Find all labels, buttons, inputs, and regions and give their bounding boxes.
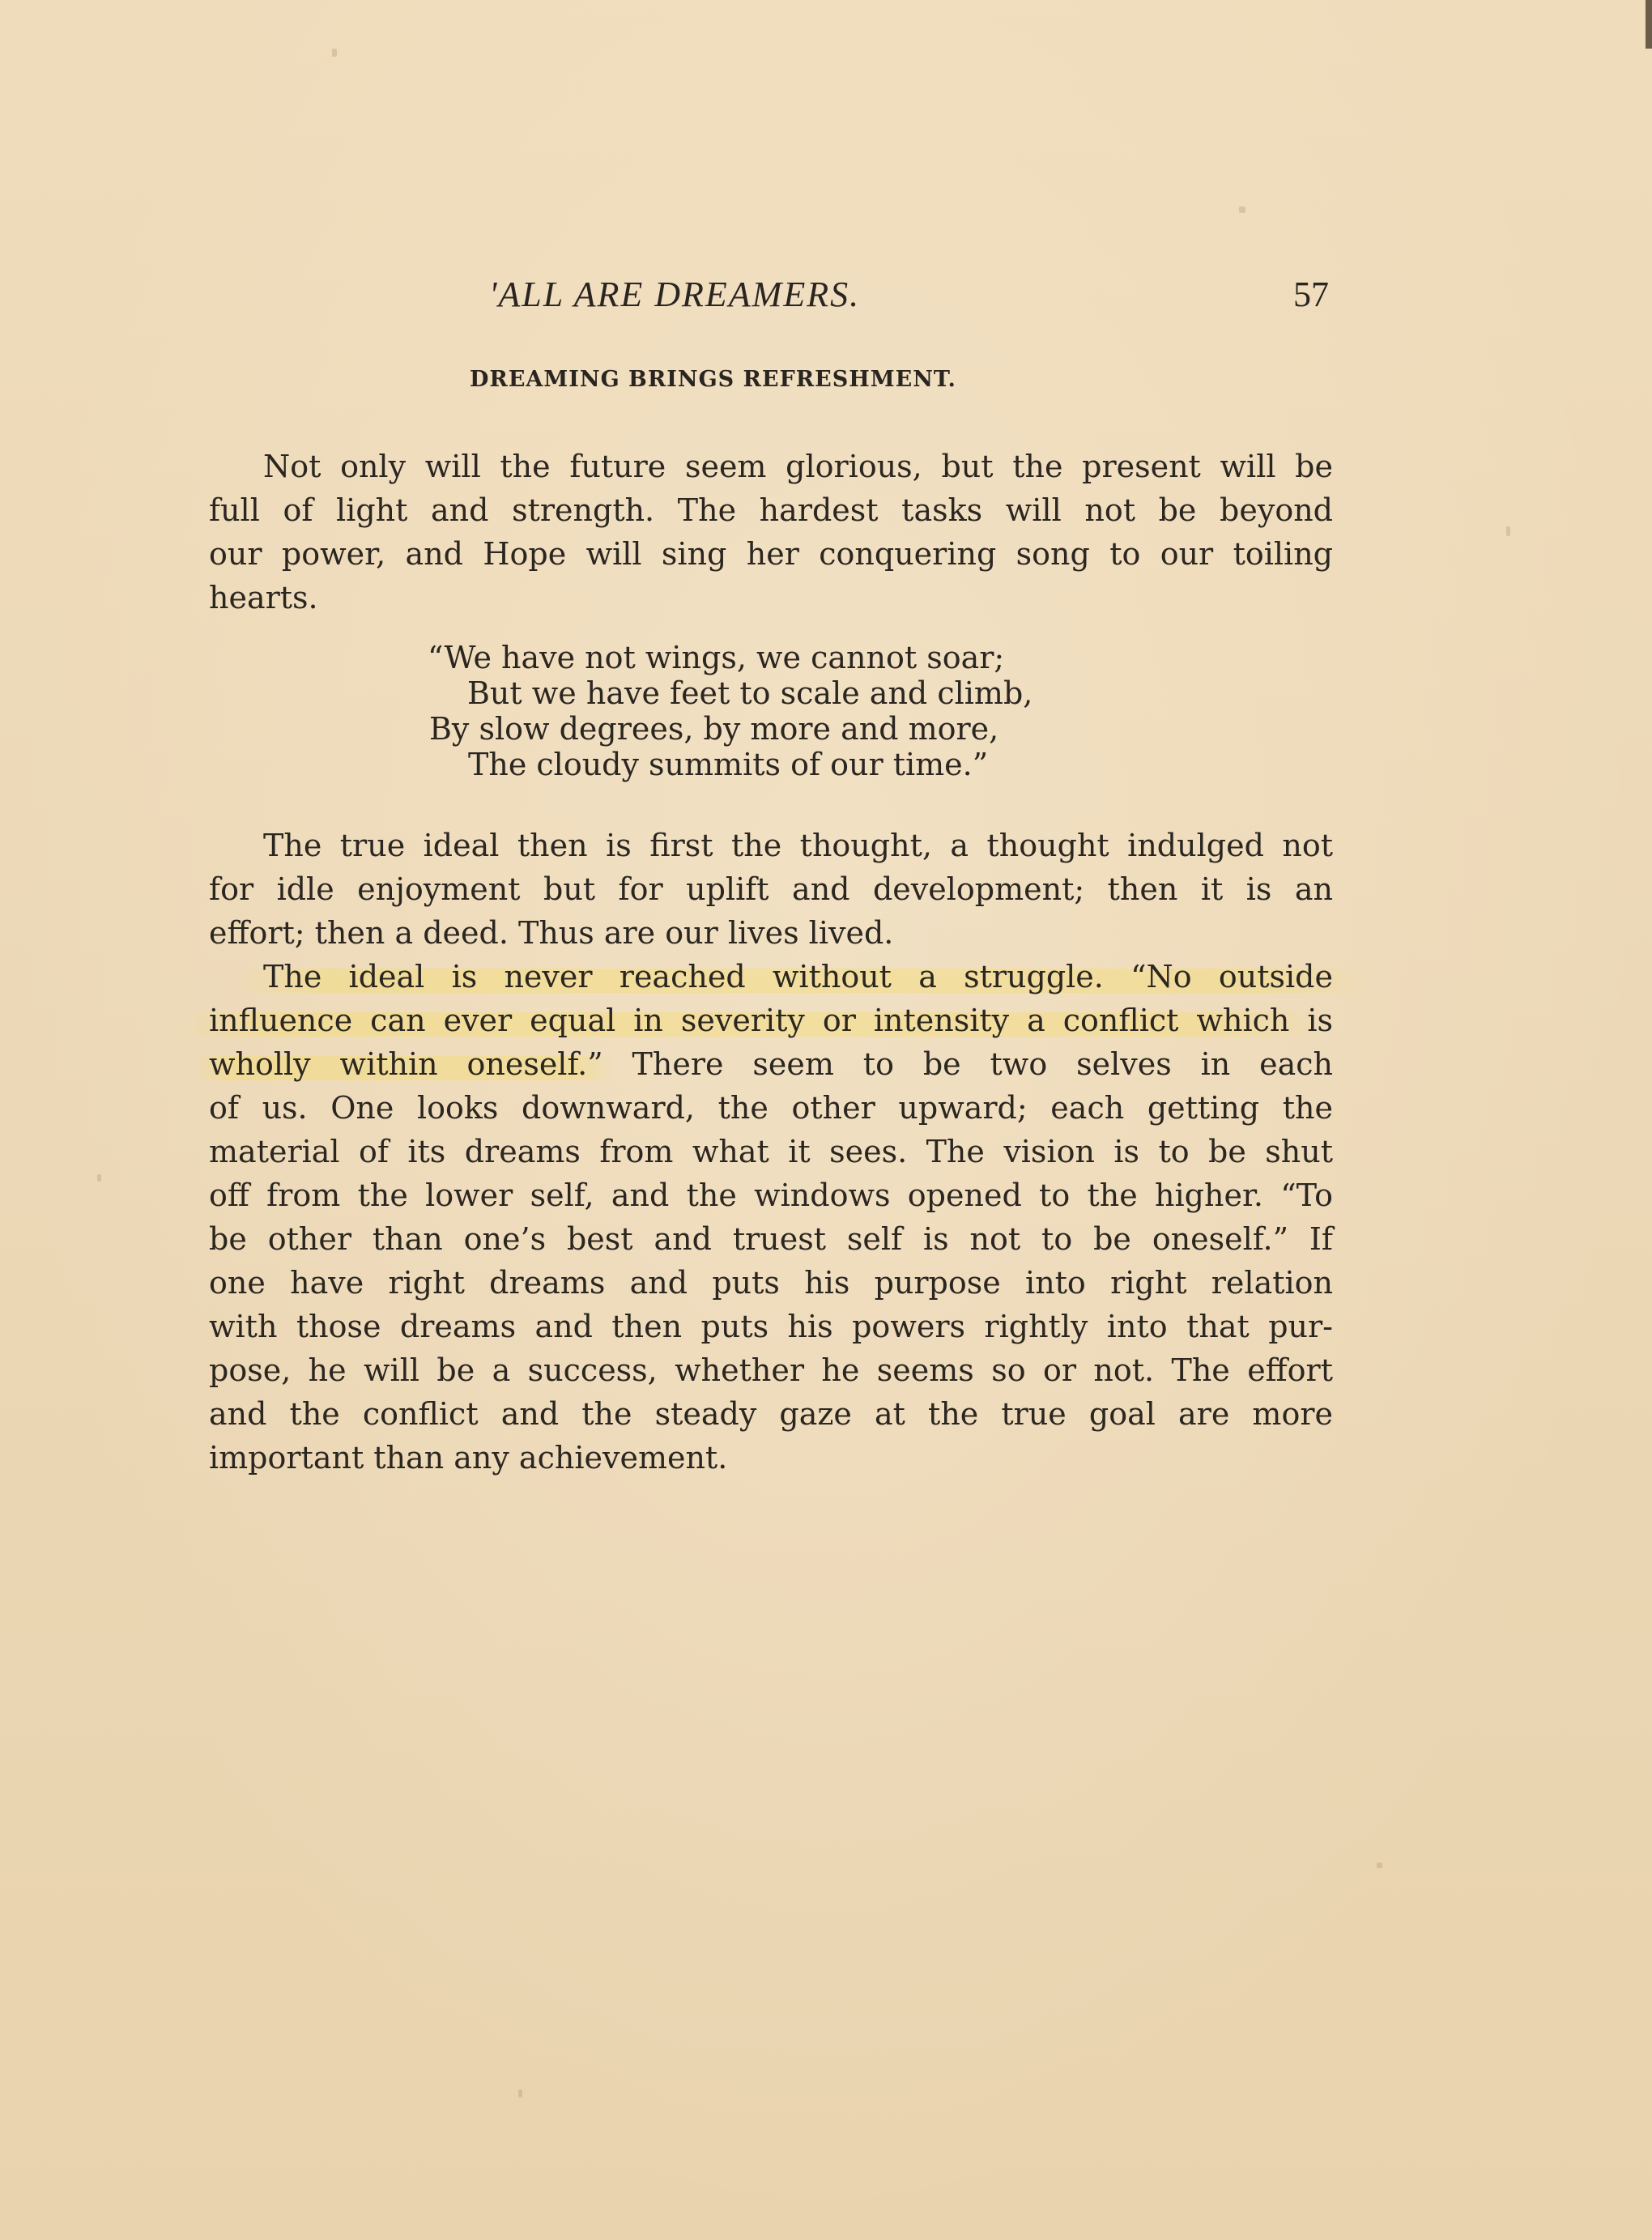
section-heading: DREAMING BRINGS REFRESHMENT. [470,367,956,392]
paragraph-line: our power, and Hope will sing her conque… [209,533,1333,575]
paper-fleck [97,1174,101,1182]
paragraph-line: of us. One looks downward, the other upw… [209,1087,1333,1129]
running-head: 'ALL ARE DREAMERS. [489,274,860,315]
paragraph-line: for idle enjoyment but for uplift and de… [209,868,1333,910]
paragraph-line: Not only will the future seem glorious, … [263,445,1333,488]
paragraph-line: one have right dreams and puts his purpo… [209,1262,1333,1304]
verse-line: But we have feet to scale and climb, [467,675,1032,711]
paragraph-line: pose, he will be a success, whether he s… [209,1349,1333,1391]
paragraph-line: influence can ever equal in severity or … [209,999,1333,1041]
paragraph-line: The true ideal then is first the thought… [263,824,1333,867]
verse-line: The cloudy summits of our time.” [468,747,988,782]
page-edge-shadow [1646,0,1652,49]
paper-fleck [1377,1863,1382,1868]
paragraph-line: with those dreams and then puts his powe… [209,1305,1333,1348]
book-page: 'ALL ARE DREAMERS. 57 DREAMING BRINGS RE… [0,0,1652,2240]
paragraph-line: and the conflict and the steady gaze at … [209,1393,1333,1435]
paragraph-line: hearts. [209,577,1333,619]
paragraph-line: wholly within oneself.” There seem to be… [209,1043,1333,1085]
paper-fleck [518,2089,522,2097]
paper-fleck [1239,207,1245,213]
paragraph-line: full of light and strength. The hardest … [209,489,1333,531]
paragraph-line: off from the lower self, and the windows… [209,1174,1333,1216]
paragraph-line: important than any achievement. [209,1437,1333,1479]
verse-line: “We have not wings, we cannot soar; [428,640,1004,675]
verse-line: By slow degrees, by more and more, [429,711,998,747]
paragraph-line: effort; then a deed. Thus are our lives … [209,912,1333,954]
paragraph-line: be other than one’s best and truest self… [209,1218,1333,1260]
paper-fleck [1506,526,1510,536]
paragraph-line: The ideal is never reached without a str… [263,956,1333,998]
paragraph-line: material of its dreams from what it sees… [209,1131,1333,1173]
paper-fleck [332,49,337,57]
page-number: 57 [1293,274,1329,315]
